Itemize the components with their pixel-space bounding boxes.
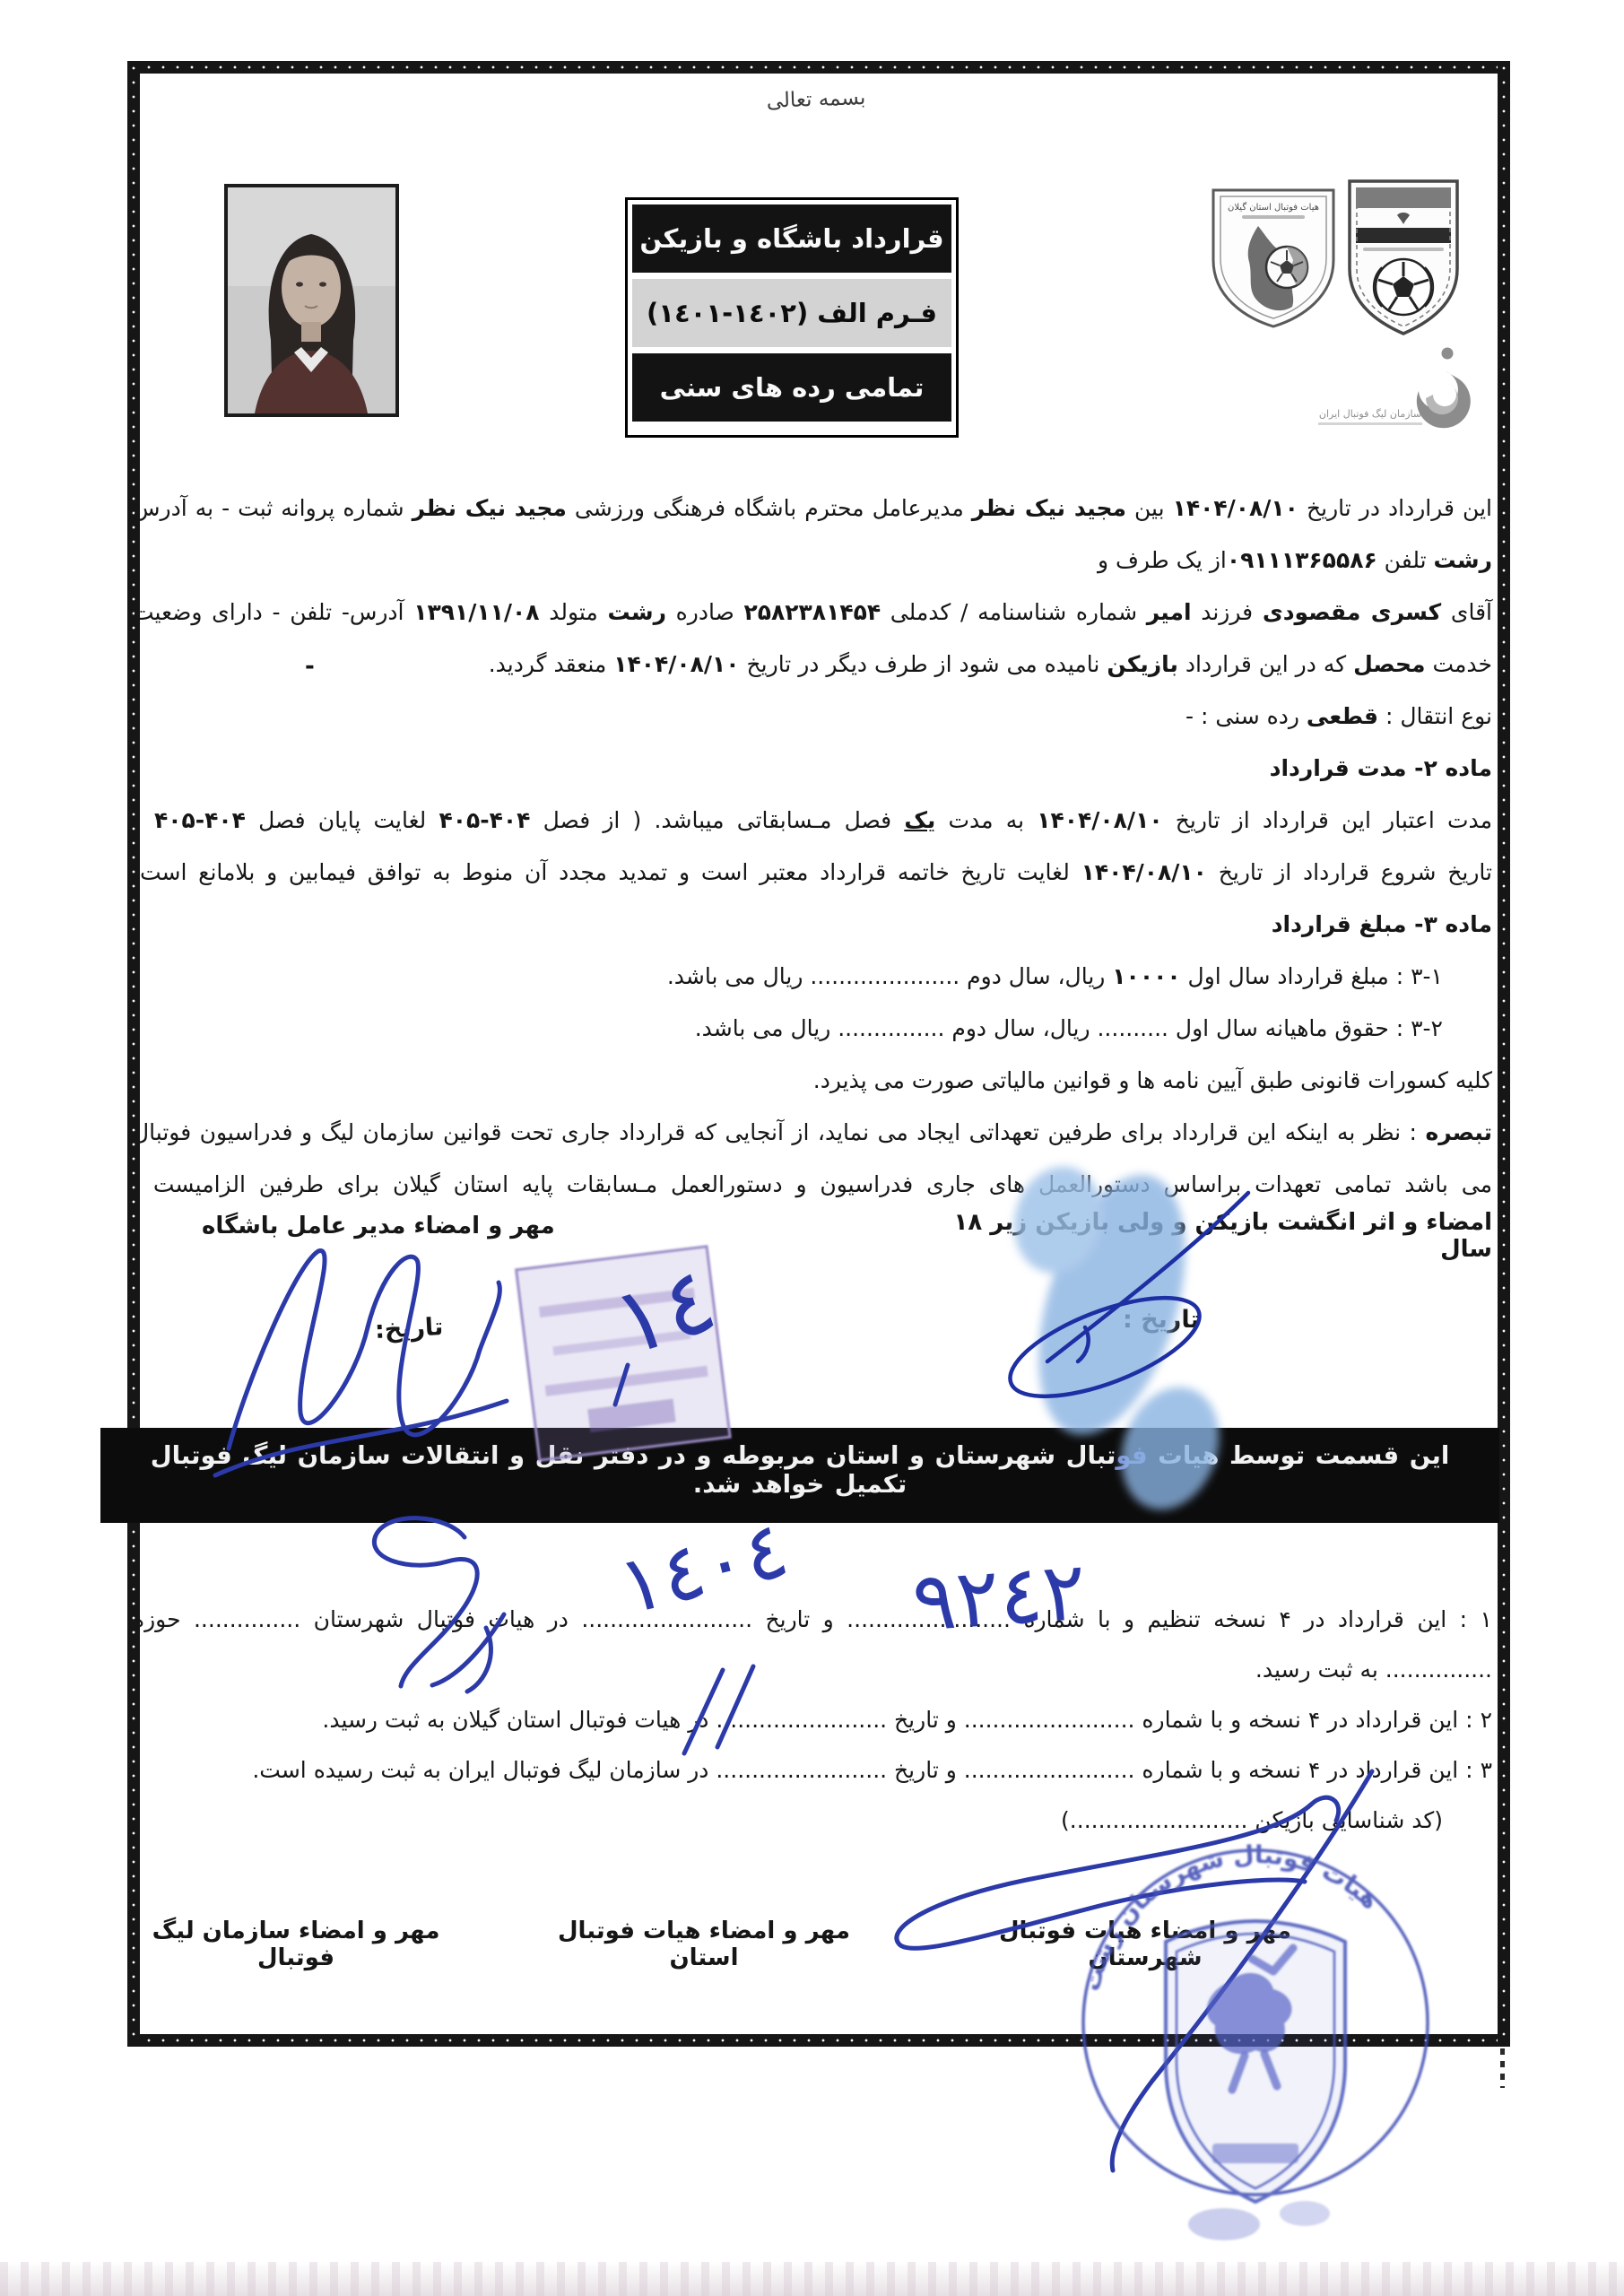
text-segment: این قسمت توسط هیات <box>1148 1441 1450 1470</box>
scanned-contract-page: بسمه تعالی قرارداد باشگاه و بازیکن فـرم … <box>0 0 1624 2296</box>
text-segment: ۴۰۴-۴۰۵ <box>439 807 530 833</box>
text-segment: کلیه کسورات قانونی طبق آیین نامه ها و قو… <box>813 1067 1492 1093</box>
player-signature-heading: امضاء و اثر انگشت بازیکن و ولی بازیکن زی… <box>897 1209 1492 1263</box>
text-segment: نوع انتقال : <box>1378 703 1492 729</box>
footer-label-county-fa: مهر و امضاء هیات فوتبال شهرستان <box>961 1918 1329 1971</box>
footer-label-province-fa: مهر و امضاء هیات فوتبال استان <box>543 1918 865 1971</box>
text-segment: تبصره <box>1425 1119 1492 1145</box>
text-segment: : نظر به اینکه این قرارداد برای طرفین تع… <box>133 1119 1425 1145</box>
frame-border-top <box>127 61 1510 74</box>
contract-line: (کد شناسایی بازیکن .....................… <box>133 1796 1492 1846</box>
frame-border-bottom <box>127 2034 1510 2047</box>
contract-body: این قرارداد در تاریخ ۱۴۰۴/۰۸/۱۰ بین مجید… <box>133 483 1492 1211</box>
stray-dash-mark: - <box>305 653 315 680</box>
club-date-label: تاریخ: <box>374 1313 444 1344</box>
transfer-office-banner: این قسمت توسط هیات فوتبال شهرستان و استا… <box>100 1428 1499 1523</box>
text-segment: شماره پروانه ثبت - به آدرس <box>133 495 413 521</box>
player-date-label: تاریخ : <box>1123 1306 1200 1334</box>
text-segment: مدت اعتبار این قرارداد از تاریخ <box>1163 807 1492 833</box>
text-segment: لغایت پایان فصل <box>246 807 439 833</box>
club-signature-heading: مهر و امضاء مدیر عامل باشگاه <box>202 1213 632 1239</box>
text-segment: خدمت <box>1426 651 1492 677</box>
league-organization-logo <box>1392 344 1481 441</box>
text-segment: متولد <box>540 599 608 625</box>
text-segment: ۲ : این قرارداد در ۴ نسخه و با شماره ...… <box>322 1707 1492 1733</box>
text-segment: لغایت تاریخ خاتمه قرارداد معتبر است و تم… <box>133 859 1081 885</box>
text-segment: ۳ : این قرارداد در ۴ نسخه و با شماره ...… <box>252 1757 1492 1783</box>
registration-section: ۱ : این قرارداد در ۴ نسخه تنظیم و با شما… <box>133 1595 1492 1846</box>
gilan-logo-title: هیات فوتبال استان گیلان <box>1228 202 1319 213</box>
text-segment: این قرارداد در تاریخ <box>1298 495 1492 521</box>
text-segment: ۳-۱ : مبلغ قرارداد سال اول <box>1181 963 1443 989</box>
text-segment: امیر <box>1147 599 1192 625</box>
text-segment: کسری مقصودی <box>1263 599 1441 625</box>
form-code: فـرم الف (١٤٠٢-١٤٠١) <box>632 279 951 347</box>
form-title-box: قرارداد باشگاه و بازیکن فـرم الف (١٤٠٢-١… <box>625 197 959 438</box>
text-segment: ماده ۳- مبلغ قرارداد <box>1272 911 1492 937</box>
contract-line: ۳-۱ : مبلغ قرارداد سال اول ۱۰۰۰۰ ریال، س… <box>133 951 1492 1003</box>
iran-federation-logo <box>1343 176 1463 346</box>
text-segment: ۱ : این قرارداد در ۴ نسخه تنظیم و با شما… <box>133 1606 1492 1632</box>
text-segment: ۱۴۰۴/۰۸/۱۰ <box>613 651 739 677</box>
text-segment: مجید نیک نظر <box>972 495 1126 521</box>
text-segment: منعقد گردید. <box>489 651 614 677</box>
text-segment: که در این قرارداد <box>1178 651 1353 677</box>
text-segment: می باشد تمامی تعهدات براساس دستورالعمل ه… <box>133 1171 1492 1197</box>
text-segment: (کد شناسایی بازیکن .....................… <box>1061 1807 1443 1833</box>
text-segment: بازیکن <box>1107 651 1178 677</box>
text-segment: ............... به ثبت رسید. <box>1255 1657 1492 1683</box>
gilan-fa-logo: هیات فوتبال استان گیلان <box>1206 185 1341 335</box>
contract-line: ماده ۳- مبلغ قرارداد <box>133 899 1492 951</box>
contract-line: این قرارداد در تاریخ ۱۴۰۴/۰۸/۱۰ بین مجید… <box>133 483 1492 535</box>
text-segment: یک <box>904 807 935 833</box>
contract-line: رشت تلفن ۰۹۱۱۱۳۶۵۵۸۶از یک طرف و <box>133 535 1492 587</box>
text-segment: ۰۹۱۱۱۳۶۵۵۸۶ <box>1227 547 1377 573</box>
contract-line: کلیه کسورات قانونی طبق آیین نامه ها و قو… <box>133 1055 1492 1107</box>
contract-line: ۲ : این قرارداد در ۴ نسخه و با شماره ...… <box>133 1695 1492 1745</box>
contract-line: ۱ : این قرارداد در ۴ نسخه تنظیم و با شما… <box>133 1595 1492 1645</box>
bismillah-text: بسمه تعالی <box>753 86 880 114</box>
frame-border-stub <box>1500 2048 1505 2088</box>
text-segment: قطعی <box>1307 703 1378 729</box>
contract-line: مدت اعتبار این قرارداد از تاریخ ۱۴۰۴/۰۸/… <box>133 795 1492 847</box>
text-segment: فو <box>1116 1441 1147 1470</box>
text-segment: ۱۴۰۴/۰۸/۱۰ <box>1081 859 1207 885</box>
text-segment: بین <box>1126 495 1173 521</box>
league-logo-title: سازمان لیگ فوتبال ایران <box>1319 408 1421 420</box>
contract-line: می باشد تمامی تعهدات براساس دستورالعمل ه… <box>133 1159 1492 1211</box>
text-segment: مدیرعامل محترم باشگاه فرهنگی ورزشی <box>567 495 972 521</box>
text-segment: ۱۳۹۱/۱۱/۰۸ <box>413 599 539 625</box>
text-segment: تبال شهرستان و استان مربوطه و در دفتر نق… <box>151 1441 1116 1499</box>
text-segment: ۱۰۰۰۰ <box>1112 963 1180 989</box>
text-segment: فرزند <box>1192 599 1263 625</box>
handwritten-stamp-day: ١٤ <box>602 1246 728 1378</box>
text-segment: از یک طرف و <box>1098 547 1227 573</box>
text-segment: مجید نیک نظر <box>413 495 567 521</box>
text-segment: تاریخ شروع قرارداد از تاریخ <box>1207 859 1492 885</box>
contract-line: ۳ : این قرارداد در ۴ نسخه و با شماره ...… <box>133 1745 1492 1796</box>
text-segment: ۴۰۴-۴۰۵ <box>154 807 246 833</box>
frame-border-right <box>1498 61 1510 2047</box>
text-segment: رده سنی : - <box>1185 703 1307 729</box>
text-segment: ) <box>133 807 154 833</box>
form-age-scope: تمامی رده های سنی <box>632 353 951 422</box>
contract-line: نوع انتقال : قطعی رده سنی : - <box>133 691 1492 743</box>
contract-line: ماده ۲- مدت قرارداد <box>133 743 1492 795</box>
text-segment: ماده ۲- مدت قرارداد <box>1270 755 1492 781</box>
scan-edge-artifact <box>0 2262 1624 2296</box>
text-segment: ۳-۲ : حقوق ماهیانه سال اول .......... ری… <box>695 1015 1443 1041</box>
league-logo-caption: سازمان لیگ فوتبال ایران <box>1307 409 1433 425</box>
league-logo-subtitle-bar <box>1318 422 1422 425</box>
contract-line: ۳-۲ : حقوق ماهیانه سال اول .......... ری… <box>133 1003 1492 1055</box>
text-segment: صادره <box>666 599 744 625</box>
text-segment: تلفن <box>1377 547 1434 573</box>
text-segment: رشت <box>608 599 666 625</box>
contract-line: خدمت محصل که در این قرارداد بازیکن نامید… <box>133 639 1492 691</box>
form-title: قرارداد باشگاه و بازیکن <box>632 204 951 273</box>
player-photo <box>224 184 399 417</box>
contract-line: تاریخ شروع قرارداد از تاریخ ۱۴۰۴/۰۸/۱۰ ل… <box>133 847 1492 899</box>
text-segment: نامیده می شود از طرف دیگر در تاریخ <box>740 651 1107 677</box>
text-segment: ۱۴۰۴/۰۸/۱۰ <box>1173 495 1298 521</box>
text-segment: ۱۴۰۴/۰۸/۱۰ <box>1037 807 1162 833</box>
text-segment: آدرس- تلفن - دارای وضعیت <box>133 599 413 625</box>
text-segment: به مدت <box>935 807 1037 833</box>
footer-label-league-org: مهر و امضاء سازمان لیگ فوتبال <box>135 1918 457 1971</box>
contract-line: تبصره : نظر به اینکه این قرارداد برای طر… <box>133 1107 1492 1159</box>
contract-line: آقای کسری مقصودی فرزند امیر شماره شناسنا… <box>133 587 1492 639</box>
player-portrait-image <box>228 187 395 413</box>
text-segment: فصل مـسابقاتی میباشد. ( از فصل <box>530 807 904 833</box>
contract-line: ............... به ثبت رسید. <box>133 1645 1492 1695</box>
text-segment: شماره شناسنامه / کدملی <box>881 599 1147 625</box>
text-segment: محصل <box>1353 651 1425 677</box>
text-segment: ۲۵۸۲۳۸۱۴۵۴ <box>744 599 881 625</box>
text-segment: آقای <box>1441 599 1492 625</box>
text-segment: ریال، سال دوم ..................... ریال… <box>667 963 1112 989</box>
text-segment: رشت <box>1434 547 1492 573</box>
